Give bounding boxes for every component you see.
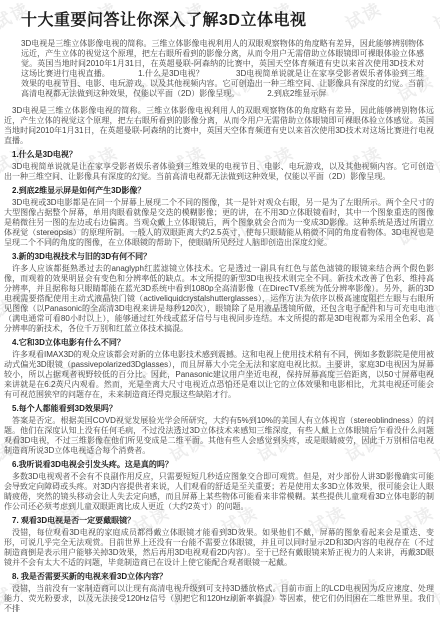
paragraph: 多数3D电视观者不会有不良副作用反应，只需要短短几秒适应图象交合即可观赏。但是，… bbox=[4, 472, 434, 512]
paragraph: 许多人应该都挺熟悉过去的anaglyph红蓝滤镜立体技术。它是透过一副具有红色与… bbox=[4, 264, 434, 334]
paragraph: 没错，当前没有一家制造商可以让现有高清电视升级到可支持3D播放格式。目前市面上的… bbox=[4, 584, 434, 614]
document-page: 试读试读试读试读试读试读试读试读试读试读试读试读试读试读试读试读试读试读试读试读… bbox=[0, 0, 440, 620]
paragraph: 3D电视或3D电影都是在同一个屏幕上展现二个不同的图像，其一是针对观众右眼，另一… bbox=[4, 198, 434, 248]
paragraph: 没错，每位观看3D电视的家庭成员都得戴立体眼镜才能看到3D效果。如果他们不戴，屏… bbox=[4, 528, 434, 568]
question-heading: 8. 我是否需要买新的电视来看3D立体内容？ bbox=[4, 572, 434, 582]
document-content: 十大重要问答让你深入了解3D立体电视 3D电视是三维立体影像电视的简称。三维立体… bbox=[0, 12, 440, 614]
paragraph: 许多观看IMAX3D的观众应该都会对新的立体电影技术感到震撼。这和电视上使用技术… bbox=[4, 350, 434, 400]
question-heading: 4.它和3D立体电影有什么不同？ bbox=[4, 338, 434, 348]
paragraph: 3D电视简单说就是让在家享受影者娱乐者体验到三维效果的电视节目、电影、电玩游戏，… bbox=[4, 162, 434, 182]
page-title: 十大重要问答让你深入了解3D立体电视 bbox=[21, 12, 424, 30]
paragraph: 答案是否定。根据美国COVD视觉发展验光学会所研究，大约有5%到10%的美国人有… bbox=[4, 416, 434, 456]
question-heading: 2.到底2维显示屏是如何产生3D影像？ bbox=[4, 186, 434, 196]
question-heading: 3.新的3D电视技术与旧的3D有何不同？ bbox=[4, 252, 434, 262]
question-heading: 5.每个人都能看到3D效果吗？ bbox=[4, 404, 434, 414]
question-heading: 7. 观看3D电视是否一定要戴眼镜？ bbox=[4, 516, 434, 526]
document-body: 3D电视是三维立体影像电视的简称。三维立体影像电视利用人的双眼观察物体的角度略有… bbox=[4, 106, 434, 614]
summary-paragraph: 3D电视是三维立体影像电视的简称。三维立体影像电视利用人的双眼观察物体的角度略有… bbox=[21, 39, 424, 99]
paragraph: 3D电视是三维立体影像电视的简称。三维立体影像电视利用人的双眼观察物体的角度略有… bbox=[4, 106, 434, 146]
question-heading: 1.什么是3D电视？ bbox=[4, 150, 434, 160]
question-heading: 6.我听说看3D电视会引发头疼。这是真的吗？ bbox=[4, 460, 434, 470]
